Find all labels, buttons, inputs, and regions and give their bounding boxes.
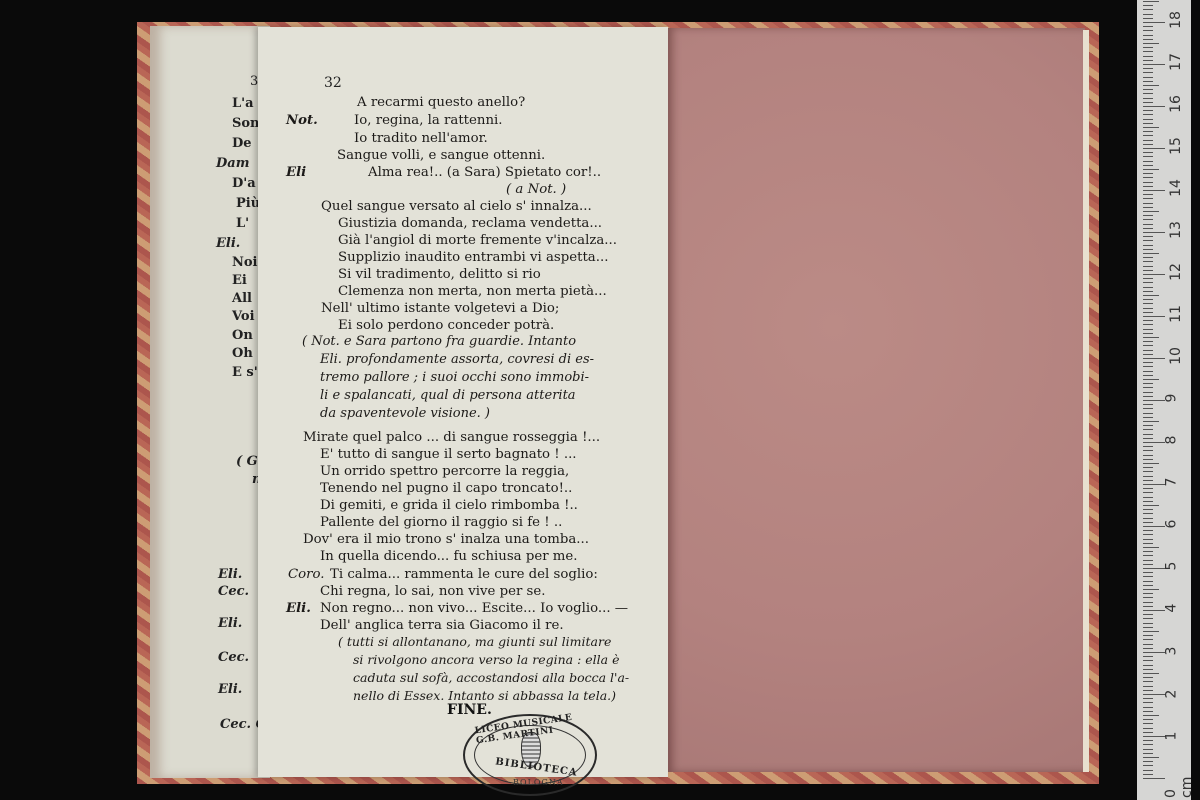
ruler-tick	[1143, 509, 1153, 510]
ruler-tick	[1143, 610, 1165, 611]
ruler-tick	[1143, 169, 1159, 170]
stage-direction: tremo pallore ; i suoi occhi sono immobi…	[320, 368, 589, 388]
ruler-tick	[1143, 249, 1153, 250]
ruler-tick	[1143, 345, 1153, 346]
ruler-tick	[1143, 312, 1153, 313]
back-fragment: Eli.	[218, 682, 242, 697]
back-fragment: De	[232, 136, 252, 151]
ruler-label: 2	[1163, 690, 1179, 699]
ruler-tick	[1143, 110, 1153, 111]
verse-line: In quella dicendo... fu schiusa per me.	[320, 549, 578, 565]
ruler-tick	[1143, 744, 1153, 745]
back-fragment: Cec.	[218, 584, 249, 599]
back-fragment: Noi	[232, 255, 258, 270]
stage-direction: si rivolgono ancora verso la regina : el…	[353, 650, 619, 670]
ruler-tick	[1143, 606, 1153, 607]
back-fragment: ( G	[236, 454, 258, 469]
ruler-tick	[1143, 228, 1153, 229]
ruler-tick	[1143, 585, 1153, 586]
ruler-label: 1	[1163, 732, 1179, 741]
ruler-tick	[1143, 539, 1153, 540]
ruler-tick	[1143, 413, 1153, 414]
ruler-label: 10	[1168, 347, 1184, 365]
ruler-tick	[1143, 383, 1153, 384]
ruler-tick	[1143, 362, 1153, 363]
ruler-tick	[1143, 211, 1159, 212]
verse-line: Alma rea!.. (a Sara) Spietato cor!..	[368, 165, 601, 181]
ruler-tick	[1143, 396, 1153, 397]
ruler-tick	[1143, 30, 1153, 31]
ruler-tick	[1143, 236, 1153, 237]
back-fragment: E s'	[232, 365, 258, 380]
ruler-tick	[1143, 778, 1165, 779]
ruler-tick	[1143, 207, 1153, 208]
ruler-tick	[1143, 564, 1153, 565]
ruler-tick	[1143, 450, 1153, 451]
ruler-tick	[1143, 156, 1153, 157]
end-label: FINE.	[447, 702, 492, 718]
ruler-tick	[1143, 320, 1153, 321]
verse-line: Di gemiti, e grida il cielo rimbomba !..	[320, 498, 578, 514]
ruler-tick	[1143, 131, 1153, 132]
back-fragment: Dam	[216, 156, 249, 171]
ruler-tick	[1143, 257, 1153, 258]
ruler-tick	[1143, 581, 1153, 582]
back-fragment: L'a	[232, 96, 254, 111]
ruler-tick	[1143, 152, 1153, 153]
back-fragment: Eli.	[218, 616, 242, 631]
ruler-tick	[1143, 690, 1153, 691]
ruler-tick	[1143, 173, 1153, 174]
ruler-tick	[1143, 488, 1153, 489]
speaker-label: Coro.	[288, 567, 325, 583]
ruler-tick	[1143, 425, 1153, 426]
stage-note: ( a Not. )	[506, 182, 566, 198]
ruler-tick	[1143, 723, 1153, 724]
ruler-tick	[1143, 270, 1153, 271]
ruler-tick	[1143, 492, 1153, 493]
ruler-label: 17	[1168, 53, 1184, 71]
verse-line: Non regno... non vivo... Escite... Io vo…	[320, 601, 628, 617]
ruler-tick	[1143, 501, 1153, 502]
ruler-tick	[1143, 127, 1159, 128]
ruler-tick	[1143, 421, 1159, 422]
ruler-tick	[1143, 203, 1153, 204]
ruler-tick	[1143, 719, 1153, 720]
ruler-tick	[1143, 261, 1153, 262]
ruler-tick	[1143, 669, 1153, 670]
stage-direction: caduta sul sofà, accostandosi alla bocca…	[353, 668, 629, 688]
back-fragment: Eli.	[216, 236, 240, 251]
ruler-tick	[1143, 140, 1153, 141]
ruler-label: 3	[1163, 647, 1179, 656]
ruler-tick	[1143, 198, 1153, 199]
ruler-tick	[1143, 161, 1153, 162]
ruler-tick	[1143, 366, 1153, 367]
verse-line: Già l'angiol di morte fremente v'incalza…	[338, 233, 617, 249]
verse-line: Io, regina, la rattenni.	[354, 113, 503, 129]
ruler-tick	[1143, 123, 1153, 124]
ruler-tick	[1143, 387, 1153, 388]
ruler-tick	[1143, 72, 1153, 73]
ruler-tick	[1143, 35, 1153, 36]
ruler-tick	[1143, 337, 1159, 338]
ruler-tick	[1143, 681, 1153, 682]
ruler-tick	[1143, 543, 1153, 544]
ruler-tick	[1143, 665, 1153, 666]
ruler-tick	[1143, 303, 1153, 304]
ruler-tick	[1143, 194, 1153, 195]
ruler-label: 11	[1168, 305, 1184, 323]
ruler-tick	[1143, 1, 1159, 2]
ruler-tick	[1143, 379, 1159, 380]
ruler-tick	[1143, 64, 1165, 65]
ruler-label: 9	[1163, 394, 1179, 403]
ruler-tick	[1143, 182, 1153, 183]
ruler-tick	[1143, 480, 1153, 481]
back-fragment: On	[232, 328, 253, 343]
ruler-tick	[1143, 295, 1159, 296]
ruler-tick	[1143, 274, 1165, 275]
ruler-tick	[1143, 253, 1159, 254]
ruler-tick	[1143, 702, 1153, 703]
library-stamp: LICEO MUSICALE G.B. MARTINI BIBLIOTECA B…	[463, 714, 597, 796]
verse-line: Supplizio inaudito entrambi vi aspetta..…	[338, 250, 608, 266]
speaker-label: Eli	[286, 165, 306, 181]
ruler-tick	[1143, 417, 1153, 418]
ruler-tick	[1143, 732, 1153, 733]
back-fragment: Cec.	[218, 650, 249, 665]
verse-line: Giustizia domanda, reclama vendetta...	[338, 216, 602, 232]
ruler-tick	[1143, 593, 1153, 594]
verse-line: Sangue volli, e sangue ottenni.	[337, 148, 545, 164]
ruler-tick	[1143, 68, 1153, 69]
ruler-tick	[1143, 471, 1153, 472]
ruler-tick	[1143, 623, 1153, 624]
ruler-tick	[1143, 266, 1153, 267]
ruler-tick	[1143, 761, 1153, 762]
ruler-tick	[1143, 551, 1153, 552]
ruler-tick	[1143, 114, 1153, 115]
ruler-tick	[1143, 215, 1153, 216]
ruler-tick	[1143, 341, 1153, 342]
ruler-tick	[1143, 434, 1153, 435]
verse-line: Io tradito nell'amor.	[354, 131, 488, 147]
ruler-tick	[1143, 459, 1153, 460]
ruler-tick	[1143, 77, 1153, 78]
ruler-tick	[1143, 408, 1153, 409]
ruler-tick	[1143, 5, 1153, 6]
ruler-tick	[1143, 694, 1165, 695]
ruler-tick	[1143, 333, 1153, 334]
ruler-tick	[1143, 660, 1153, 661]
ruler-tick	[1143, 530, 1153, 531]
back-fragment: Son	[232, 116, 260, 131]
ruler-tick	[1143, 22, 1165, 23]
ruler-tick	[1143, 354, 1153, 355]
back-fragment: Più	[236, 196, 260, 211]
ruler-tick	[1143, 400, 1165, 401]
back-fragment: Eli.	[218, 567, 242, 582]
verse-line: Ti calma... rammenta le cure del soglio:	[330, 567, 598, 583]
speaker-label: Not.	[286, 113, 318, 129]
ruler-tick	[1143, 316, 1165, 317]
ruler-tick	[1143, 186, 1153, 187]
back-fragment: Voi	[232, 309, 255, 324]
ruler-tick	[1143, 39, 1153, 40]
ruler-tick	[1143, 98, 1153, 99]
verse-line: Un orrido spettro percorre la reggia,	[320, 464, 569, 480]
ruler-tick	[1143, 165, 1153, 166]
ruler-tick	[1143, 177, 1153, 178]
stage-direction: ( Not. e Sara partono fra guardie. Intan…	[302, 332, 576, 352]
ruler-tick	[1143, 765, 1153, 766]
ruler-tick	[1143, 14, 1153, 15]
ruler-tick	[1143, 329, 1153, 330]
ruler-tick	[1143, 673, 1159, 674]
ruler-tick	[1143, 627, 1153, 628]
ruler-tick	[1143, 429, 1153, 430]
ruler-tick	[1143, 404, 1153, 405]
ruler-label: 6	[1163, 520, 1179, 529]
ruler-tick	[1143, 106, 1165, 107]
ruler-label: 13	[1168, 221, 1184, 239]
ruler-tick	[1143, 644, 1153, 645]
ruler-tick	[1143, 555, 1153, 556]
ruler-tick	[1143, 602, 1153, 603]
ruler-tick	[1143, 56, 1153, 57]
ruler-tick	[1143, 446, 1153, 447]
ruler-tick	[1143, 438, 1153, 439]
ruler-tick	[1143, 81, 1153, 82]
ruler-tick	[1143, 278, 1153, 279]
verse-line: Clemenza non merta, non merta pietà...	[338, 284, 607, 300]
ruler-tick	[1143, 102, 1153, 103]
ruler-tick	[1143, 219, 1153, 220]
ruler-tick	[1143, 757, 1159, 758]
verse-line: Mirate quel palco ... di sangue rosseggi…	[303, 430, 600, 446]
ruler-tick	[1143, 224, 1153, 225]
ruler-label: 5	[1163, 562, 1179, 571]
ruler-tick	[1143, 144, 1153, 145]
back-fragment: All	[232, 291, 252, 306]
back-fragment: Ei	[232, 273, 247, 288]
ruler-tick	[1143, 392, 1153, 393]
ruler-label: 16	[1168, 95, 1184, 113]
page-edges	[1083, 30, 1089, 772]
verse-line: Quel sangue versato al cielo s' innalza.…	[321, 199, 592, 215]
ruler-tick	[1143, 656, 1153, 657]
measurement-ruler: 0 cm 1 2 3 4 5 6 7 8 9 10 11 12 13 14 15…	[1137, 0, 1191, 800]
ruler-tick	[1143, 534, 1153, 535]
ruler-tick	[1143, 47, 1153, 48]
ruler-tick	[1143, 749, 1153, 750]
ruler-tick	[1143, 707, 1153, 708]
ruler-tick	[1143, 51, 1153, 52]
ruler-tick	[1143, 358, 1165, 359]
stage-direction: Eli. profondamente assorta, covresi di e…	[320, 350, 594, 370]
ruler-tick	[1143, 375, 1153, 376]
ruler-label: 12	[1168, 263, 1184, 281]
ruler-tick	[1143, 652, 1165, 653]
ruler-tick	[1143, 698, 1153, 699]
ruler-tick	[1143, 18, 1153, 19]
ruler-tick	[1143, 589, 1159, 590]
ruler-tick	[1143, 9, 1153, 10]
ruler-tick	[1143, 85, 1159, 86]
ruler-tick	[1143, 60, 1153, 61]
ruler-tick	[1143, 240, 1153, 241]
ruler-tick	[1143, 232, 1165, 233]
ruler-label: 8	[1163, 436, 1179, 445]
ruler-label: 14	[1168, 179, 1184, 197]
ruler-tick	[1143, 560, 1153, 561]
ruler-tick	[1143, 631, 1159, 632]
verse-line: Dov' era il mio trono s' inalza una tomb…	[303, 532, 589, 548]
ruler-tick	[1143, 505, 1159, 506]
verse-line: E' tutto di sangue il serto bagnato ! ..…	[320, 447, 577, 463]
ruler-tick	[1143, 597, 1153, 598]
ruler-tick	[1143, 324, 1153, 325]
ruler-tick	[1143, 618, 1153, 619]
ruler-label: 7	[1163, 478, 1179, 487]
ruler-tick	[1143, 148, 1165, 149]
ruler-label: 18	[1168, 11, 1184, 29]
underlying-page: 3 L'a Son De Dam D'a Più L' Eli. Noi Ei …	[150, 26, 270, 778]
ruler-tick	[1143, 442, 1165, 443]
page-number: 32	[324, 75, 342, 91]
ruler-tick	[1143, 686, 1153, 687]
ruler-tick	[1143, 715, 1159, 716]
ruler-tick	[1143, 753, 1153, 754]
ruler-tick	[1143, 291, 1153, 292]
ruler-tick	[1143, 287, 1153, 288]
ruler-tick	[1143, 518, 1153, 519]
verse-line: Si vil tradimento, delitto si rio	[338, 267, 541, 283]
ruler-tick	[1143, 497, 1153, 498]
ruler-tick	[1143, 190, 1165, 191]
ruler-tick	[1143, 648, 1153, 649]
ruler-tick	[1143, 568, 1165, 569]
ruler-tick	[1143, 119, 1153, 120]
ruler-tick	[1143, 350, 1153, 351]
ruler-tick	[1143, 484, 1165, 485]
verse-line: Chi regna, lo sai, non vive per se.	[320, 584, 545, 600]
ruler-tick	[1143, 26, 1153, 27]
ruler-tick	[1143, 467, 1153, 468]
ruler-tick	[1143, 245, 1153, 246]
ruler-tick	[1143, 522, 1153, 523]
ruler-tick	[1143, 711, 1153, 712]
ruler-tick	[1143, 371, 1153, 372]
ruler-tick	[1143, 547, 1159, 548]
stage-direction: ( tutti si allontanano, ma giunti sul li…	[338, 632, 611, 652]
verse-line: Tenendo nel pugno il capo troncato!..	[320, 481, 572, 497]
pink-endpaper	[667, 28, 1085, 772]
ruler-tick	[1143, 635, 1153, 636]
ruler-tick	[1143, 770, 1153, 771]
ruler-tick	[1143, 639, 1153, 640]
back-fragment: D'a	[232, 176, 256, 191]
ruler-tick	[1143, 282, 1153, 283]
ruler-tick	[1143, 572, 1153, 573]
ruler-tick	[1143, 455, 1153, 456]
ruler-tick	[1143, 308, 1153, 309]
speaker-label: Eli.	[286, 601, 311, 617]
ruler-tick	[1143, 728, 1153, 729]
ruler-tick	[1143, 89, 1153, 90]
ruler-tick	[1143, 135, 1153, 136]
ruler-tick	[1143, 740, 1153, 741]
verse-line: Pallente del giorno il raggio si fe ! ..	[320, 515, 562, 531]
ruler-tick	[1143, 43, 1159, 44]
ruler-tick	[1143, 736, 1165, 737]
back-fragment: L'	[236, 216, 249, 231]
ruler-tick	[1143, 614, 1153, 615]
ruler-tick	[1143, 476, 1153, 477]
verse-line: Nell' ultimo istante volgetevi a Dio;	[321, 301, 559, 317]
libretto-page: 32 A recarmi questo anello? Not. Io, reg…	[258, 27, 668, 777]
stamp-bottom-text: BOLOGNA	[513, 778, 564, 787]
ruler-label: 4	[1163, 604, 1179, 613]
stage-direction: da spaventevole visione. )	[320, 404, 490, 424]
ruler-tick	[1143, 513, 1153, 514]
ruler-tick	[1143, 677, 1153, 678]
ruler-tick	[1143, 774, 1153, 775]
verse-line: A recarmi questo anello?	[357, 95, 525, 111]
back-fragment: Oh	[232, 346, 253, 361]
ruler-tick	[1143, 299, 1153, 300]
stage-direction: li e spalancati, qual di persona atterit…	[320, 386, 576, 406]
ruler-tick	[1143, 576, 1153, 577]
ruler-tick	[1143, 93, 1153, 94]
ruler-label: 0 cm	[1163, 774, 1195, 798]
ruler-label: 15	[1168, 137, 1184, 155]
ruler-tick	[1143, 526, 1165, 527]
ruler-tick	[1143, 463, 1159, 464]
